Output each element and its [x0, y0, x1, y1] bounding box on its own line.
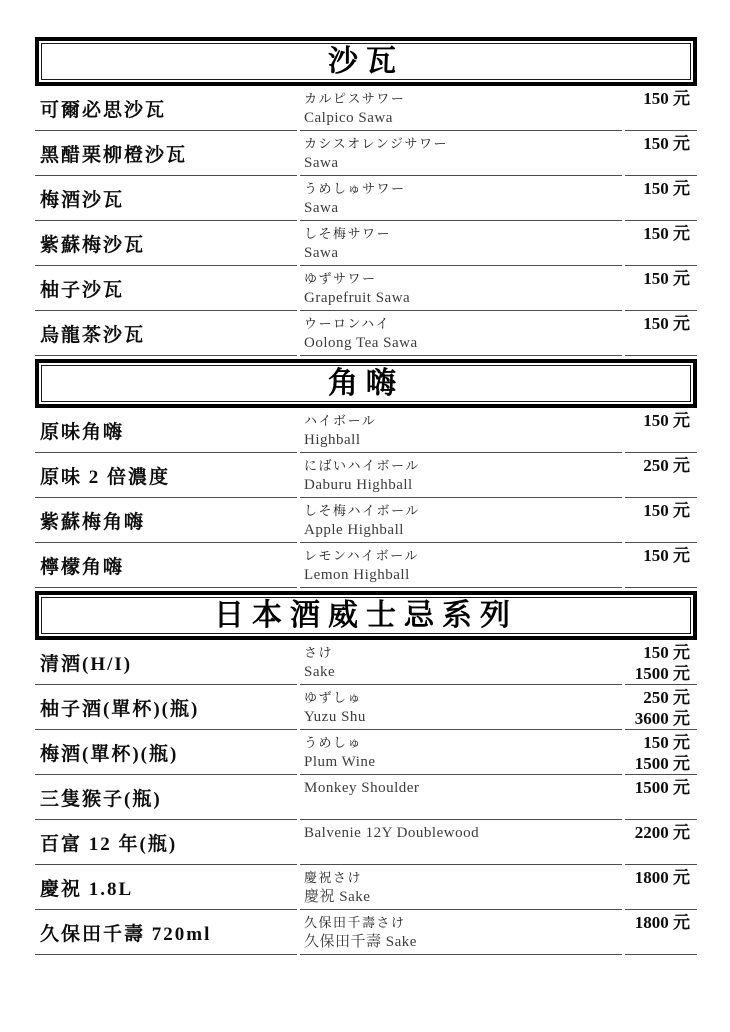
item-name-zh: 百富 12 年(瓶): [40, 829, 177, 856]
menu-row: 紫蘇梅沙瓦しそ梅サワーSawa150 元: [35, 221, 697, 266]
item-name-cell: 紫蘇梅角嗨: [35, 498, 297, 543]
item-price-cell: 150 元: [625, 498, 697, 543]
item-price-cell: 250 元: [625, 453, 697, 498]
menu-row: 柚子沙瓦ゆずサワーGrapefruit Sawa150 元: [35, 266, 697, 311]
section-header-box: 沙瓦: [35, 37, 697, 86]
item-name-en: Monkey Shoulder: [304, 778, 622, 798]
menu-row: 檸檬角嗨レモンハイボールLemon Highball150 元: [35, 543, 697, 588]
item-price-cell: 150 元1500 元: [625, 730, 697, 775]
section-header-inner: 沙瓦: [41, 43, 691, 80]
item-name-zh: 檸檬角嗨: [40, 552, 124, 579]
item-name-cell: 清酒(H/I): [35, 640, 297, 685]
item-price-cell: 150 元1500 元: [625, 640, 697, 685]
section-title: 沙瓦: [42, 44, 690, 79]
item-price: 150 元: [625, 178, 690, 199]
item-price: 3600 元: [625, 708, 690, 729]
item-price-cell: 1500 元: [625, 775, 697, 820]
item-subname-cell: レモンハイボールLemon Highball: [300, 543, 622, 588]
item-name-jp: 慶祝さけ: [304, 868, 622, 887]
item-subname-cell: Balvenie 12Y Doublewood: [300, 820, 622, 865]
item-name-zh: 三隻猴子(瓶): [40, 784, 162, 811]
item-name-en: Sake: [304, 662, 622, 682]
item-price: 250 元: [625, 455, 690, 476]
item-name-zh: 原味角嗨: [40, 417, 124, 444]
item-name-cell: 原味角嗨: [35, 408, 297, 453]
menu-section: 日本酒威士忌系列清酒(H/I)さけSake150 元1500 元柚子酒(單杯)(…: [35, 591, 697, 955]
item-price: 150 元: [625, 313, 690, 334]
item-name-jp: カルピスサワー: [304, 89, 622, 108]
item-name-cell: 慶祝 1.8L: [35, 865, 297, 910]
item-price-cell: 150 元: [625, 408, 697, 453]
menu-row: 梅酒沙瓦うめしゅサワーSawa150 元: [35, 176, 697, 221]
item-subname-cell: ゆずサワーGrapefruit Sawa: [300, 266, 622, 311]
item-name-jp: しそ梅ハイボール: [304, 501, 622, 520]
item-name-en: Calpico Sawa: [304, 108, 622, 128]
item-name-jp: ゆずサワー: [304, 269, 622, 288]
item-name-jp: 久保田千壽さけ: [304, 913, 622, 932]
item-name-jp: カシスオレンジサワー: [304, 134, 622, 153]
item-name-cell: 百富 12 年(瓶): [35, 820, 297, 865]
menu-row: 可爾必思沙瓦カルピスサワーCalpico Sawa150 元: [35, 86, 697, 131]
item-name-zh: 烏龍茶沙瓦: [40, 320, 145, 347]
item-name-jp: うめしゅ: [304, 733, 622, 752]
item-name-en: Lemon Highball: [304, 565, 622, 585]
menu-row: 柚子酒(單杯)(瓶)ゆずしゅYuzu Shu250 元3600 元: [35, 685, 697, 730]
item-subname-cell: Monkey Shoulder: [300, 775, 622, 820]
item-subname-cell: さけSake: [300, 640, 622, 685]
menu-row: 三隻猴子(瓶)Monkey Shoulder1500 元: [35, 775, 697, 820]
item-name-cell: 烏龍茶沙瓦: [35, 311, 297, 356]
item-price-cell: 150 元: [625, 311, 697, 356]
item-name-zh: 原味 2 倍濃度: [40, 462, 170, 489]
item-price: 150 元: [625, 545, 690, 566]
item-price: 250 元: [625, 687, 690, 708]
menu-row: 原味角嗨ハイボールHighball150 元: [35, 408, 697, 453]
item-subname-cell: 慶祝さけ慶祝 Sake: [300, 865, 622, 910]
item-price: 150 元: [625, 268, 690, 289]
item-name-en: Apple Highball: [304, 520, 622, 540]
item-name-cell: 可爾必思沙瓦: [35, 86, 297, 131]
item-name-zh: 梅酒(單杯)(瓶): [40, 739, 178, 766]
item-price-cell: 150 元: [625, 221, 697, 266]
menu-section: 沙瓦可爾必思沙瓦カルピスサワーCalpico Sawa150 元黑醋栗柳橙沙瓦カ…: [35, 37, 697, 356]
item-name-cell: 檸檬角嗨: [35, 543, 297, 588]
menu-row: 黑醋栗柳橙沙瓦カシスオレンジサワーSawa150 元: [35, 131, 697, 176]
item-name-en: Sawa: [304, 243, 622, 263]
item-name-cell: 柚子酒(單杯)(瓶): [35, 685, 297, 730]
item-price: 150 元: [625, 732, 690, 753]
item-name-cell: 三隻猴子(瓶): [35, 775, 297, 820]
item-name-en: Sawa: [304, 198, 622, 218]
section-rows: 原味角嗨ハイボールHighball150 元原味 2 倍濃度にばいハイボールDa…: [35, 408, 697, 588]
section-header-inner: 日本酒威士忌系列: [41, 597, 691, 634]
item-price: 1500 元: [625, 777, 690, 798]
item-name-zh: 柚子酒(單杯)(瓶): [40, 694, 199, 721]
item-subname-cell: ウーロンハイOolong Tea Sawa: [300, 311, 622, 356]
item-price: 150 元: [625, 410, 690, 431]
menu-section: 角嗨原味角嗨ハイボールHighball150 元原味 2 倍濃度にばいハイボール…: [35, 359, 697, 588]
item-name-jp: ゆずしゅ: [304, 688, 622, 707]
item-name-zh: 慶祝 1.8L: [40, 874, 133, 901]
item-price: 150 元: [625, 500, 690, 521]
item-name-jp: にばいハイボール: [304, 456, 622, 475]
item-name-en: Daburu Highball: [304, 475, 622, 495]
item-name-en: 慶祝 Sake: [304, 887, 622, 907]
item-name-jp: うめしゅサワー: [304, 179, 622, 198]
item-subname-cell: 久保田千壽さけ久保田千壽 Sake: [300, 910, 622, 955]
item-name-zh: 紫蘇梅沙瓦: [40, 230, 145, 257]
item-subname-cell: しそ梅サワーSawa: [300, 221, 622, 266]
menu-row: 久保田千壽 720ml久保田千壽さけ久保田千壽 Sake1800 元: [35, 910, 697, 955]
item-price-cell: 1800 元: [625, 865, 697, 910]
item-name-en: Plum Wine: [304, 752, 622, 772]
item-subname-cell: カシスオレンジサワーSawa: [300, 131, 622, 176]
item-name-cell: 梅酒(單杯)(瓶): [35, 730, 297, 775]
item-name-zh: 久保田千壽 720ml: [40, 919, 211, 946]
section-header-box: 日本酒威士忌系列: [35, 591, 697, 640]
item-price-cell: 150 元: [625, 131, 697, 176]
item-name-en: Grapefruit Sawa: [304, 288, 622, 308]
item-price-cell: 250 元3600 元: [625, 685, 697, 730]
item-price-cell: 150 元: [625, 176, 697, 221]
item-price-cell: 1800 元: [625, 910, 697, 955]
item-price: 150 元: [625, 88, 690, 109]
item-subname-cell: にばいハイボールDaburu Highball: [300, 453, 622, 498]
section-header-box: 角嗨: [35, 359, 697, 408]
item-subname-cell: うめしゅPlum Wine: [300, 730, 622, 775]
item-subname-cell: ハイボールHighball: [300, 408, 622, 453]
item-price: 1800 元: [625, 912, 690, 933]
menu-row: 慶祝 1.8L慶祝さけ慶祝 Sake1800 元: [35, 865, 697, 910]
section-header-inner: 角嗨: [41, 365, 691, 402]
menu-row: 烏龍茶沙瓦ウーロンハイOolong Tea Sawa150 元: [35, 311, 697, 356]
item-name-jp: レモンハイボール: [304, 546, 622, 565]
item-name-zh: 可爾必思沙瓦: [40, 95, 166, 122]
item-name-jp: しそ梅サワー: [304, 224, 622, 243]
menu-row: 百富 12 年(瓶)Balvenie 12Y Doublewood2200 元: [35, 820, 697, 865]
item-name-cell: 柚子沙瓦: [35, 266, 297, 311]
item-name-en: Oolong Tea Sawa: [304, 333, 622, 353]
menu-page: 沙瓦可爾必思沙瓦カルピスサワーCalpico Sawa150 元黑醋栗柳橙沙瓦カ…: [0, 0, 730, 1032]
item-name-zh: 清酒(H/I): [40, 649, 132, 676]
item-subname-cell: しそ梅ハイボールApple Highball: [300, 498, 622, 543]
item-name-cell: 久保田千壽 720ml: [35, 910, 297, 955]
menu-row: 紫蘇梅角嗨しそ梅ハイボールApple Highball150 元: [35, 498, 697, 543]
item-price-cell: 2200 元: [625, 820, 697, 865]
item-name-en: Sawa: [304, 153, 622, 173]
item-name-en: Yuzu Shu: [304, 707, 622, 727]
item-price: 150 元: [625, 223, 690, 244]
item-price: 1500 元: [625, 663, 690, 684]
menu-row: 清酒(H/I)さけSake150 元1500 元: [35, 640, 697, 685]
item-name-zh: 柚子沙瓦: [40, 275, 124, 302]
item-price: 150 元: [625, 642, 690, 663]
item-name-jp: さけ: [304, 643, 622, 662]
item-price: 1500 元: [625, 753, 690, 774]
item-name-en: 久保田千壽 Sake: [304, 932, 622, 952]
item-subname-cell: ゆずしゅYuzu Shu: [300, 685, 622, 730]
item-name-cell: 梅酒沙瓦: [35, 176, 297, 221]
item-name-jp: ハイボール: [304, 411, 622, 430]
menu-row: 梅酒(單杯)(瓶)うめしゅPlum Wine150 元1500 元: [35, 730, 697, 775]
item-name-zh: 梅酒沙瓦: [40, 185, 124, 212]
menu-row: 原味 2 倍濃度にばいハイボールDaburu Highball250 元: [35, 453, 697, 498]
item-price-cell: 150 元: [625, 266, 697, 311]
item-name-cell: 紫蘇梅沙瓦: [35, 221, 297, 266]
item-name-en: Highball: [304, 430, 622, 450]
item-subname-cell: うめしゅサワーSawa: [300, 176, 622, 221]
section-title: 角嗨: [42, 366, 690, 401]
item-price: 2200 元: [625, 822, 690, 843]
section-title: 日本酒威士忌系列: [42, 598, 690, 633]
item-price: 150 元: [625, 133, 690, 154]
item-price: 1800 元: [625, 867, 690, 888]
item-name-zh: 紫蘇梅角嗨: [40, 507, 145, 534]
item-name-en: Balvenie 12Y Doublewood: [304, 823, 622, 843]
section-rows: 清酒(H/I)さけSake150 元1500 元柚子酒(單杯)(瓶)ゆずしゅYu…: [35, 640, 697, 955]
section-rows: 可爾必思沙瓦カルピスサワーCalpico Sawa150 元黑醋栗柳橙沙瓦カシス…: [35, 86, 697, 356]
item-name-zh: 黑醋栗柳橙沙瓦: [40, 140, 187, 167]
item-price-cell: 150 元: [625, 543, 697, 588]
item-subname-cell: カルピスサワーCalpico Sawa: [300, 86, 622, 131]
item-name-cell: 原味 2 倍濃度: [35, 453, 297, 498]
item-name-cell: 黑醋栗柳橙沙瓦: [35, 131, 297, 176]
menu-sections: 沙瓦可爾必思沙瓦カルピスサワーCalpico Sawa150 元黑醋栗柳橙沙瓦カ…: [35, 37, 697, 955]
item-price-cell: 150 元: [625, 86, 697, 131]
item-name-jp: ウーロンハイ: [304, 314, 622, 333]
